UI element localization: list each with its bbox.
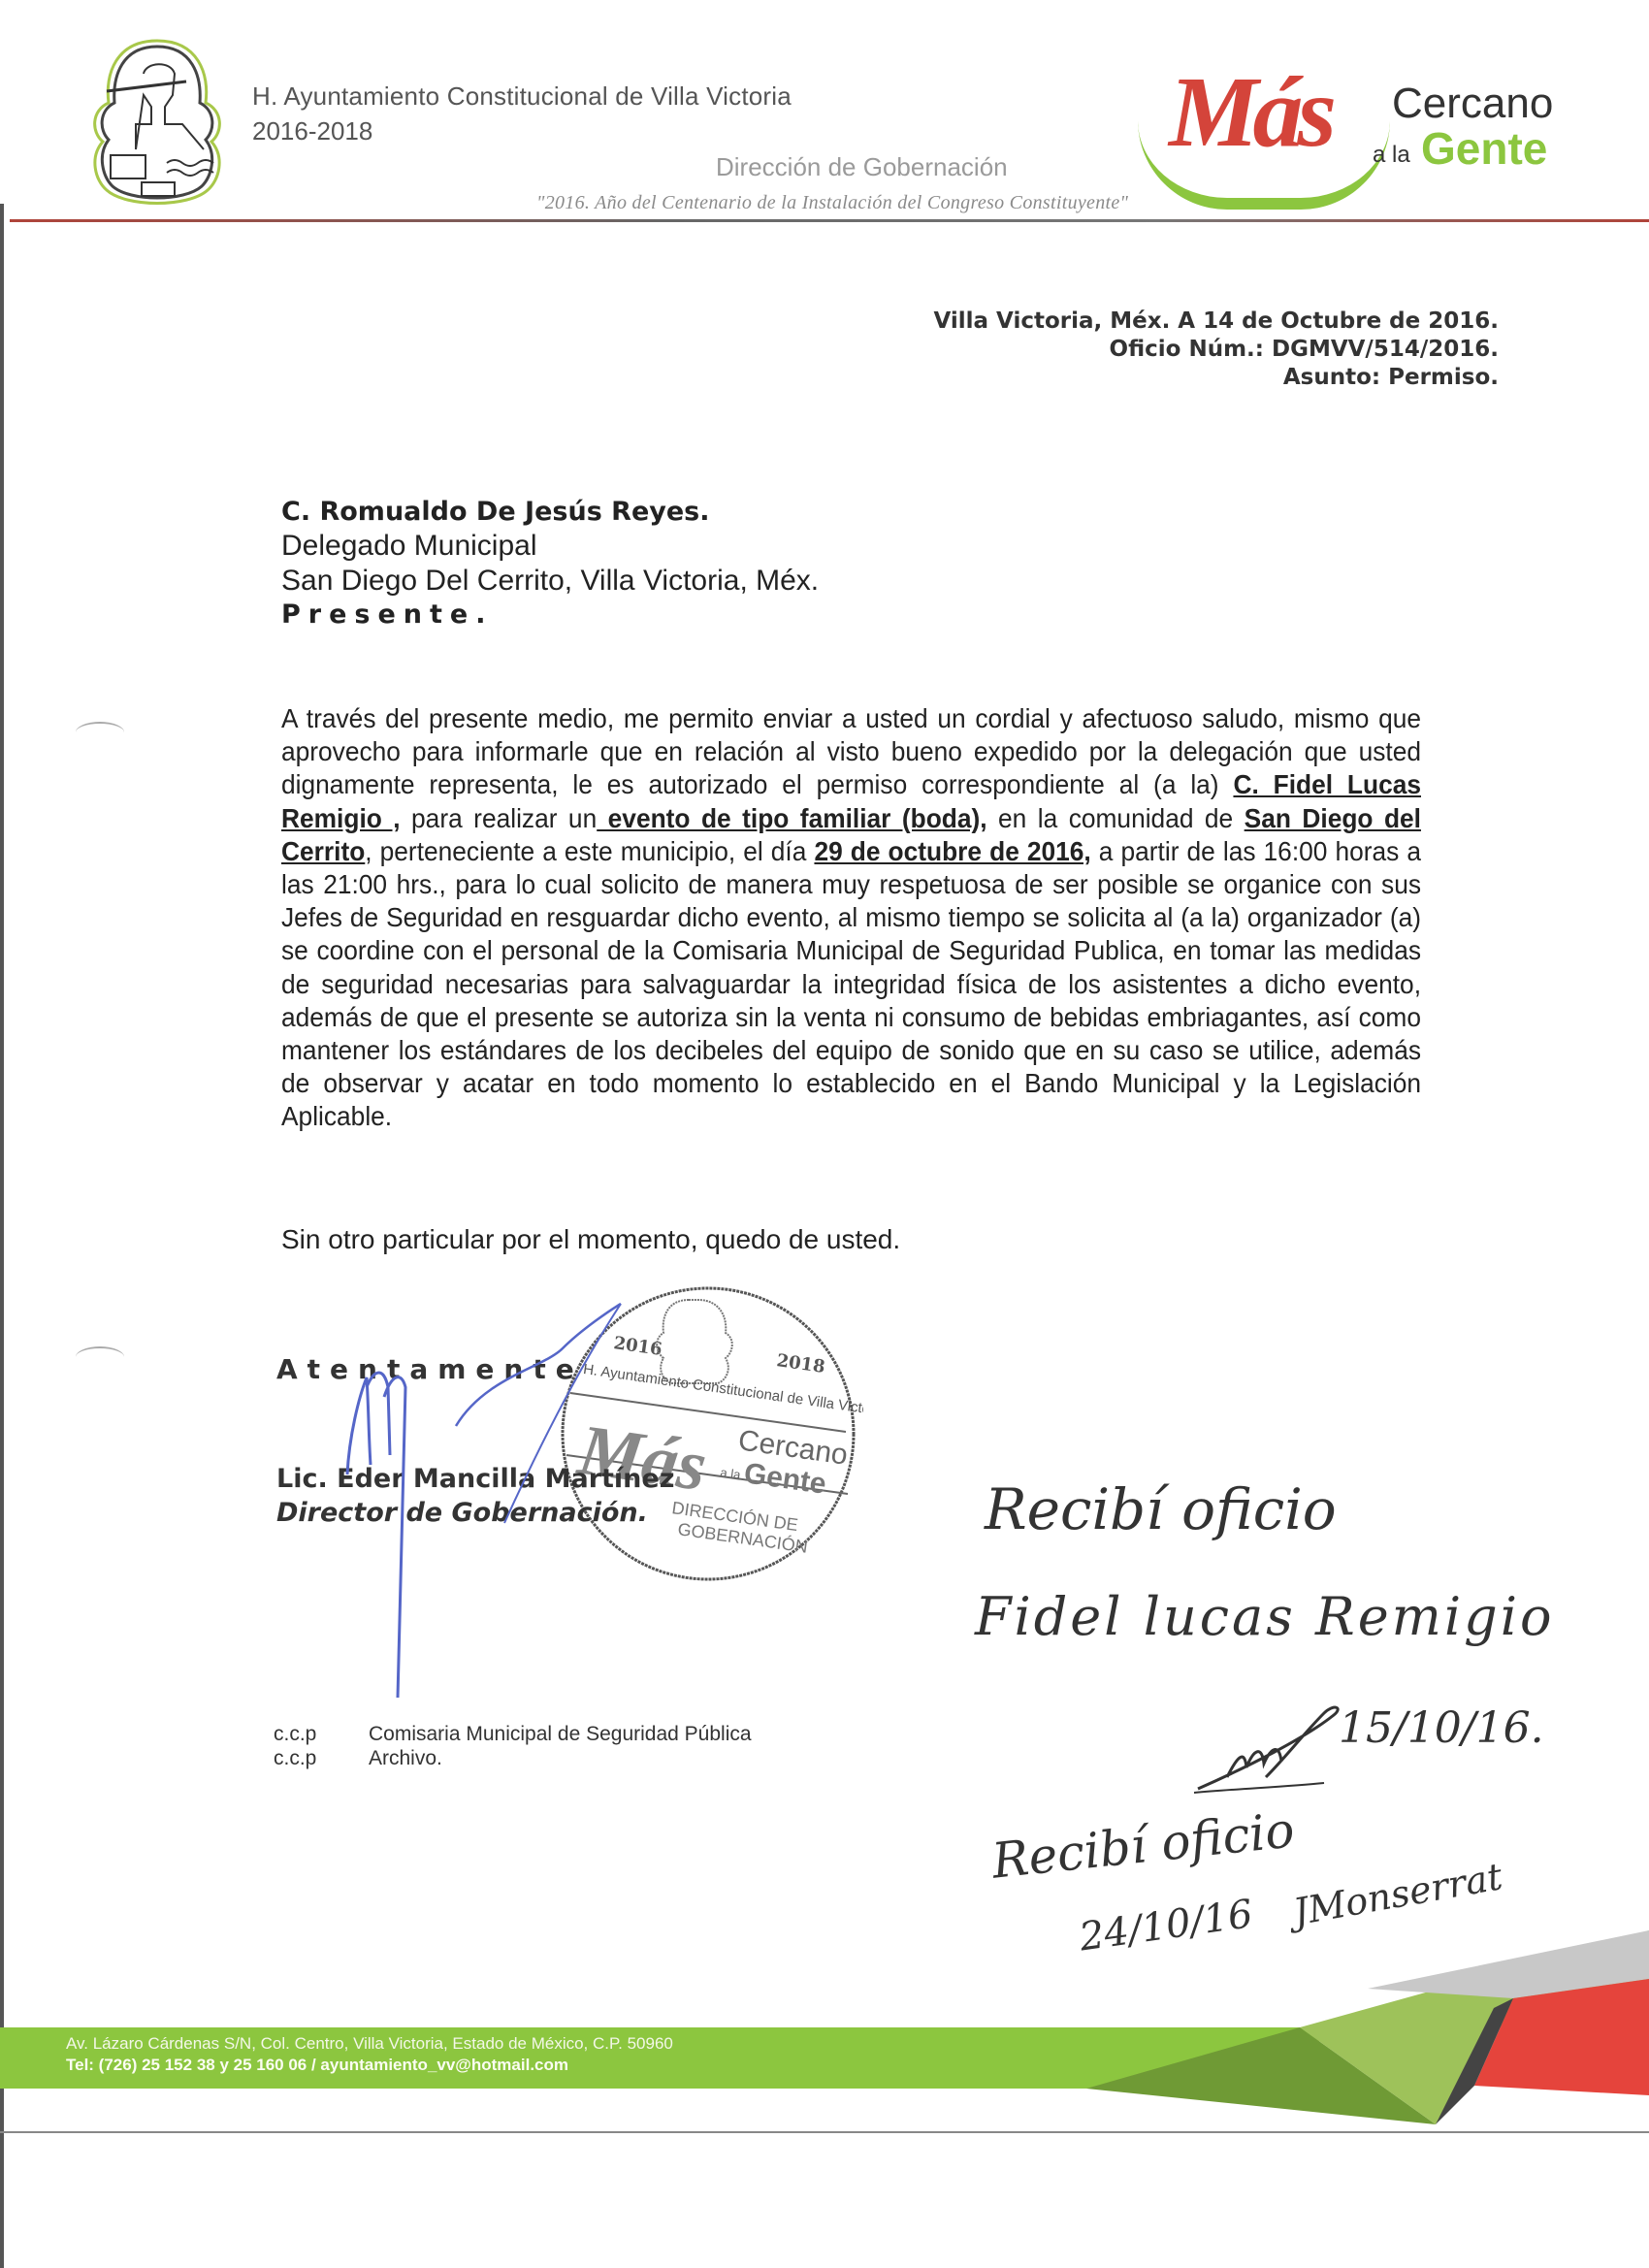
council-name: H. Ayuntamiento Constitucional de Villa … (252, 81, 792, 112)
year-motto: "2016. Año del Centenario de la Instalac… (536, 192, 1128, 214)
brand-mas: Más (1169, 62, 1331, 163)
municipal-crest-icon (78, 35, 238, 210)
body-text: en la comunidad de (987, 803, 1245, 833)
closing-line: Sin otro particular por el momento, qued… (281, 1224, 900, 1255)
handwritten-signature-icon (320, 1290, 669, 1698)
presente-label: Presente. (281, 599, 494, 630)
ccp-recipient: Archivo. (369, 1747, 442, 1769)
body-text: para realizar un (401, 803, 598, 833)
ccp-line: c.c.pComisaria Municipal de Seguridad Pú… (274, 1723, 752, 1746)
ccp-label: c.c.p (274, 1747, 369, 1770)
body-text: , perteneciente a este municipio, el día (365, 836, 814, 866)
letter-body: A través del presente medio, me permito … (281, 702, 1421, 1134)
punch-hole-mark (76, 1346, 124, 1368)
addressee-name: C. Romualdo De Jesús Reyes. (281, 497, 710, 527)
body-text: a partir de las 16:00 horas a las 21:00 … (281, 836, 1421, 1132)
handwritten-receiver-name: Fidel lucas Remigio (975, 1586, 1555, 1647)
stamp-a-la: a la (720, 1465, 743, 1482)
punch-hole-mark (76, 722, 124, 743)
ccp-recipient: Comisaria Municipal de Seguridad Pública (369, 1723, 752, 1745)
addressee-place: San Diego Del Cerrito, Villa Victoria, M… (281, 565, 819, 598)
brand-cercano: Cercano (1392, 80, 1553, 128)
council-period: 2016-2018 (252, 116, 372, 146)
subject: Asunto: Permiso. (1283, 365, 1499, 390)
department-name: Dirección de Gobernación (716, 152, 1008, 182)
oficio-number: Oficio Núm.: DGMVV/514/2016. (1110, 337, 1499, 362)
handwritten-signature: JMonserrat (1290, 1855, 1505, 1933)
addressee-role: Delegado Municipal (281, 530, 537, 563)
handwritten-receipt-date: 15/10/16. (1339, 1703, 1544, 1753)
brand-a-la: a la (1373, 142, 1410, 169)
ccp-label: c.c.p (274, 1723, 369, 1746)
event-date: 29 de octubre de 2016, (814, 836, 1090, 866)
event-type: evento de tipo familiar (boda), (597, 803, 986, 833)
place-date: Villa Victoria, Méx. A 14 de Octubre de … (933, 308, 1499, 334)
brand-gente: Gente (1421, 122, 1547, 175)
footer-band (0, 1930, 1649, 2124)
footer-contact: Tel: (726) 25 152 38 y 25 160 06 / ayunt… (66, 2056, 568, 2075)
brand-logo: Más Cercano a la Gente (1130, 62, 1596, 188)
header-divider (10, 219, 1649, 222)
stamp-year-right: 2018 (775, 1350, 826, 1377)
ccp-line: c.c.pArchivo. (274, 1747, 442, 1770)
handwritten-initials-icon (1188, 1700, 1353, 1797)
handwritten-receipt-line: Recibí oficio (985, 1476, 1337, 1542)
page-bottom-edge (0, 2131, 1649, 2133)
handwritten-receipt-line: Recibí oficio (989, 1801, 1297, 1889)
footer-address: Av. Lázaro Cárdenas S/N, Col. Centro, Vi… (66, 2034, 673, 2054)
